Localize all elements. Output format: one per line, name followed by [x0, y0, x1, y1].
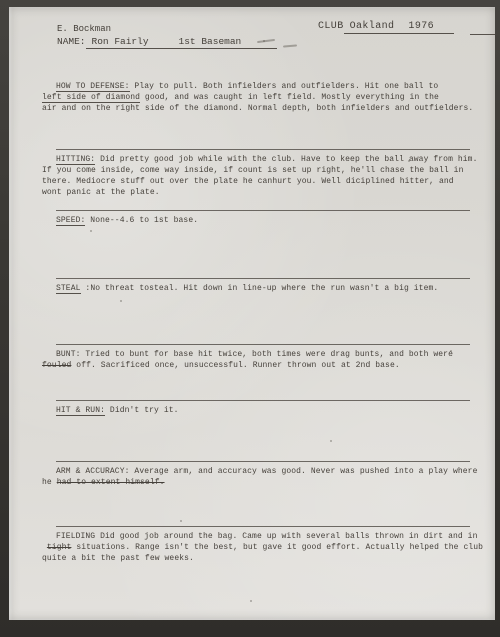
scan-speck: [250, 600, 252, 602]
section-fielding: FIELDING Did good job around the bag. Ca…: [42, 531, 492, 564]
section-divider: [56, 210, 470, 211]
section-label: HOW TO DEFENSE:: [56, 82, 130, 92]
section-hit-and-run: HIT & RUN: Didn't try it.: [42, 405, 492, 416]
section-text: situations. Range isn't the best, but ga…: [42, 543, 483, 563]
section-label: BUNT:: [56, 350, 81, 359]
pencil-mark: [283, 44, 297, 47]
section-label: HIT & RUN:: [56, 406, 105, 416]
scanned-document: E. Bockman NAME:Ron Fairly1st Baseman CL…: [0, 0, 500, 637]
struck-word: tight: [47, 543, 72, 552]
name-fill-line: Ron Fairly1st Baseman: [86, 36, 278, 49]
scan-speck: [408, 160, 410, 162]
scan-speck: [263, 40, 265, 42]
club-row: CLUBOakland1976: [318, 21, 454, 34]
section-text: Did pretty good job while with the club.…: [42, 155, 477, 197]
struck-word: fouled: [42, 361, 71, 370]
underlined-phrase: left side of diamond: [42, 93, 140, 103]
section-text: None--4.6 to 1st base.: [85, 216, 198, 225]
club-fill-line: Oakland1976: [344, 21, 454, 34]
club-name: Oakland: [350, 21, 395, 32]
section-text: off. Sacrificed once, unsuccessful. Runn…: [71, 361, 399, 370]
section-steal: STEAL :No threat tosteal. Hit down in li…: [42, 283, 492, 294]
section-label: FIELDING: [56, 532, 95, 541]
club-label: CLUB: [318, 21, 344, 32]
section-divider: [56, 400, 470, 401]
player-name: Ron Fairly: [92, 36, 149, 47]
scan-speck: [90, 230, 92, 232]
section-label: STEAL: [56, 284, 81, 294]
scan-speck: [330, 440, 332, 442]
section-bunt: BUNT: Tried to bunt for base hit twice, …: [42, 349, 492, 371]
section-text: Didn't try it.: [105, 406, 179, 415]
section-label: SPEED:: [56, 216, 85, 226]
section-hitting: HITTING: Did pretty good job while with …: [42, 154, 492, 198]
section-label: ARM & ACCURACY:: [56, 467, 130, 476]
player-position: 1st Baseman: [179, 36, 242, 47]
report-page: E. Bockman NAME:Ron Fairly1st Baseman CL…: [9, 7, 495, 620]
section-arm-accuracy: ARM & ACCURACY: Average arm, and accurac…: [42, 466, 492, 488]
scan-speck: [180, 520, 182, 522]
section-text: Play to pull. Both infielders and outfie…: [130, 82, 439, 91]
name-row: NAME:Ron Fairly1st Baseman: [57, 36, 277, 49]
section-divider: [56, 149, 470, 150]
section-how-to-defense: HOW TO DEFENSE: Play to pull. Both infie…: [42, 81, 492, 114]
scan-speck: [120, 300, 122, 302]
section-divider: [56, 344, 470, 345]
section-divider: [56, 278, 470, 279]
section-text: :No threat tosteal. Hit down in line-up …: [81, 284, 439, 293]
club-year: 1976: [408, 21, 434, 32]
section-text: Tried to bunt for base hit twice, both t…: [81, 350, 453, 359]
section-label: HITTING:: [56, 155, 95, 165]
scan-speck: [450, 350, 452, 352]
section-divider: [56, 461, 470, 462]
section-speed: SPEED: None--4.6 to 1st base.: [42, 215, 492, 226]
name-label: NAME:: [57, 36, 86, 47]
struck-phrase: had to extent himself.: [57, 478, 165, 487]
section-divider: [56, 526, 470, 527]
club-line-extension: [470, 34, 495, 35]
scout-name: E. Bockman: [57, 24, 111, 34]
